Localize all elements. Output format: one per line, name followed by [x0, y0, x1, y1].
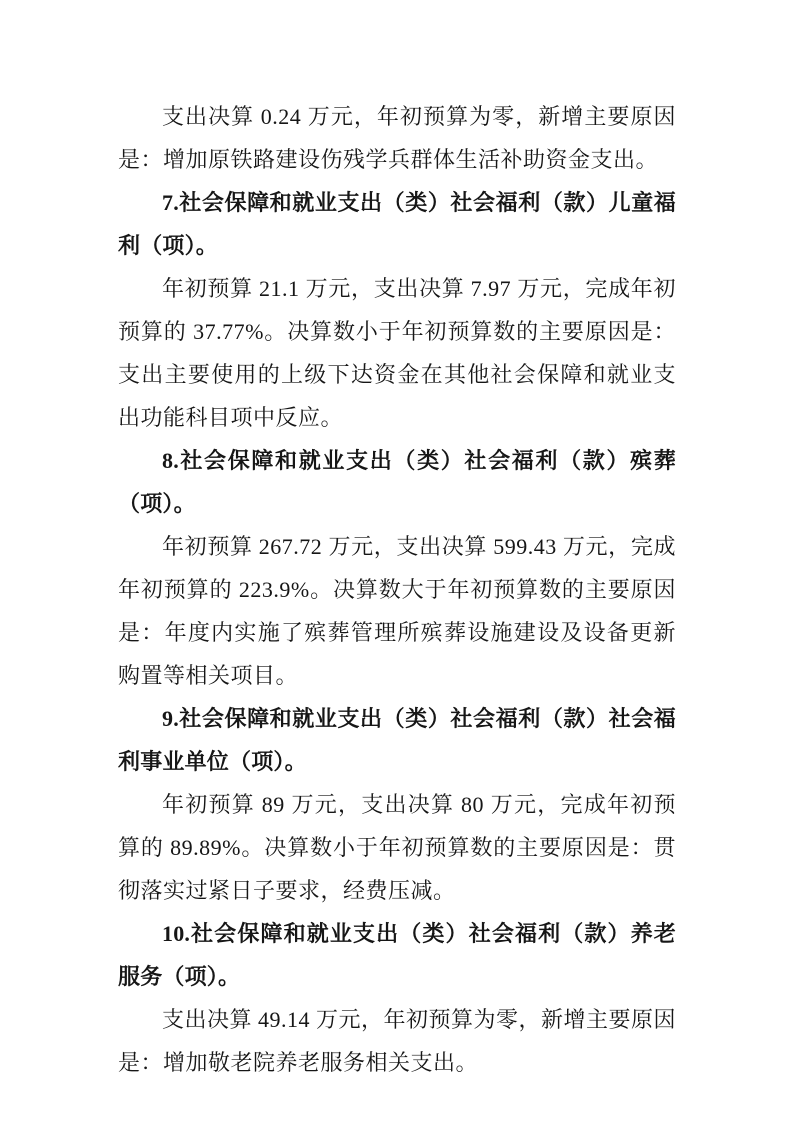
- body-paragraph: 支出决算 0.24 万元，年初预算为零，新增主要原因是：增加原铁路建设伤残学兵群…: [118, 95, 676, 181]
- section-heading: 9.社会保障和就业支出（类）社会福利（款）社会福利事业单位（项）。: [118, 697, 676, 783]
- section-heading: 10.社会保障和就业支出（类）社会福利（款）养老服务（项）。: [118, 912, 676, 998]
- section-heading: 7.社会保障和就业支出（类）社会福利（款）儿童福利（项）。: [118, 181, 676, 267]
- body-paragraph: 年初预算 89 万元，支出决算 80 万元，完成年初预算的 89.89%。决算数…: [118, 783, 676, 912]
- body-paragraph: 年初预算 21.1 万元，支出决算 7.97 万元，完成年初预算的 37.77%…: [118, 267, 676, 439]
- document-page: 支出决算 0.24 万元，年初预算为零，新增主要原因是：增加原铁路建设伤残学兵群…: [0, 0, 793, 1122]
- section-heading: 8.社会保障和就业支出（类）社会福利（款）殡葬（项）。: [118, 439, 676, 525]
- body-paragraph: 年初预算 267.72 万元，支出决算 599.43 万元，完成年初预算的 22…: [118, 525, 676, 697]
- body-paragraph: 支出决算 49.14 万元，年初预算为零，新增主要原因是：增加敬老院养老服务相关…: [118, 998, 676, 1084]
- document-body: 支出决算 0.24 万元，年初预算为零，新增主要原因是：增加原铁路建设伤残学兵群…: [118, 95, 676, 1084]
